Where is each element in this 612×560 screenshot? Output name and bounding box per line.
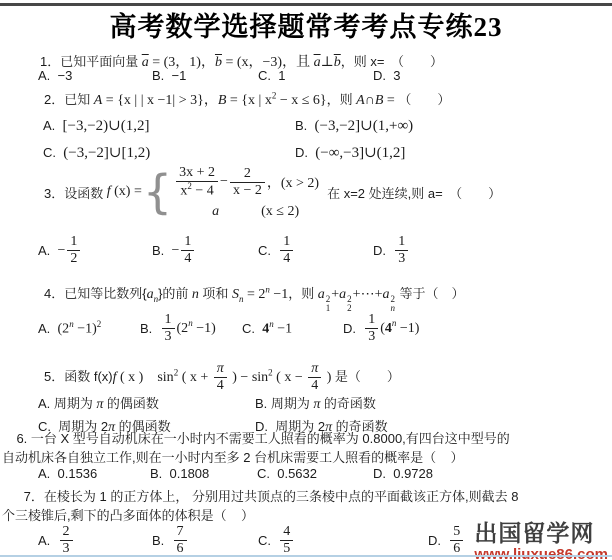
q2-option-a: A. [−3,−2)∪(1,2] bbox=[43, 116, 295, 135]
bottom-divider bbox=[0, 555, 612, 557]
question-6-options: A. 0.1536 B. 0.1808 C. 0.5632 D. 0.9728 bbox=[38, 466, 433, 481]
question-5-stem: 5．函数 f(x)f ( x ) sin2 ( x + π4 ) − sin2 … bbox=[44, 361, 400, 394]
q1-option-c: C. 1 bbox=[258, 68, 373, 83]
q3-option-b: B. −14 bbox=[152, 234, 258, 267]
q4-option-d: D. 13(4n −1) bbox=[343, 312, 419, 345]
watermark-site-name: 出国留学网 bbox=[474, 522, 608, 545]
question-7-options: A. 23 B. 76 C. 45 D. 56 bbox=[38, 524, 465, 557]
q6-option-b: B. 0.1808 bbox=[150, 466, 257, 481]
page-title: 高考数学选择题常考考点专练23 bbox=[0, 5, 612, 44]
question-1-options: A. −3 B. −1 C. 1 D. 3 bbox=[38, 68, 400, 83]
q1-option-a: A. −3 bbox=[38, 68, 152, 83]
q7-option-b: B. 76 bbox=[152, 524, 258, 557]
watermark-site-url: www.liuxue86.com bbox=[474, 547, 608, 560]
q6-option-d: D. 0.9728 bbox=[373, 466, 433, 481]
q7-option-c: C. 45 bbox=[258, 524, 428, 557]
q2-option-b: B. (−3,−2]∪(1,+∞) bbox=[295, 116, 413, 135]
question-3-options: A. −12 B. −14 C. 14 D. 13 bbox=[38, 234, 410, 267]
question-4-options: A. (2n −1)2 B. 13(2n −1) C. 4n −1 D. 13(… bbox=[38, 312, 419, 345]
q6-option-a: A. 0.1536 bbox=[38, 466, 150, 481]
q1-option-d: D. 3 bbox=[373, 68, 400, 83]
question-4-stem: 4．已知等比数列{an}的前 n 项和 Sn = 2n −1，则 a21+a22… bbox=[44, 283, 464, 314]
q2-option-d: D. (−∞,−3]∪(1,2] bbox=[295, 143, 413, 162]
question-2-stem: 2．已知 A = {x | | x −1| > 3}，B = {x | x2 −… bbox=[44, 89, 450, 109]
q1-option-b: B. −1 bbox=[152, 68, 258, 83]
q3-option-d: D. 13 bbox=[373, 234, 410, 267]
q7-option-a: A. 23 bbox=[38, 524, 152, 557]
q5-option-b: B. 周期为 π 的奇函数 bbox=[255, 393, 388, 413]
q4-option-c: C. 4n −1 bbox=[242, 320, 343, 338]
q7-option-d: D. 56 bbox=[428, 524, 465, 557]
q4-option-a: A. (2n −1)2 bbox=[38, 320, 140, 338]
question-2-options: A. [−3,−2)∪(1,2] B. (−3,−2]∪(1,+∞) C. (−… bbox=[43, 116, 413, 162]
q4-option-b: B. 13(2n −1) bbox=[140, 312, 242, 345]
q6-option-c: C. 0.5632 bbox=[257, 466, 373, 481]
q3-option-c: C. 14 bbox=[258, 234, 373, 267]
q2-option-c: C. (−3,−2]∪[1,2) bbox=[43, 143, 295, 162]
q5-option-a: A. 周期为 π 的偶函数 bbox=[38, 393, 255, 413]
q3-option-a: A. −12 bbox=[38, 234, 152, 267]
question-3-stem: 3．设函数 f (x) = {3x + 2x2 − 4 − 2x − 2，(x … bbox=[44, 165, 501, 220]
question-6-stem: 6. 一台 X 型号自动机床在一小时内不需要工人照看的概率为 0.8000,有四… bbox=[2, 429, 608, 467]
